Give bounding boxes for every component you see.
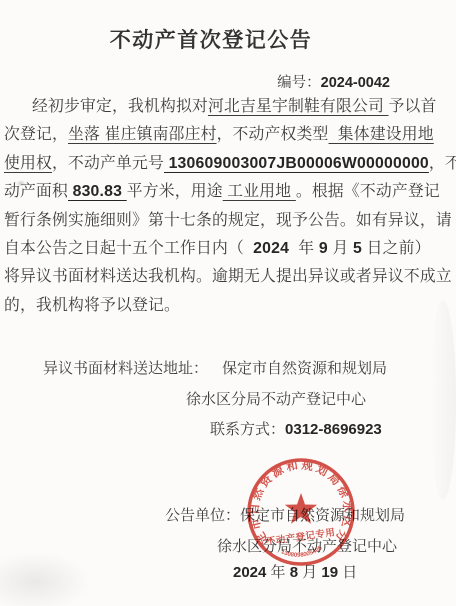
contact-phone-line: 联系方式：0312-8696923 [210,418,382,439]
text-segment: ，不动产单元号 [52,155,164,172]
deadline-year: 2024 [253,240,289,257]
seal-star-icon [285,493,317,524]
body-line-4: 动产面积 830.83 平方米，用途 工业用地 。根据《不动产登记 [4,178,452,206]
unit-number: 130609003007JB00006W00000000 [164,155,429,172]
text-segment: 动产面积 [4,183,68,200]
seal-serial-number: 1308098005405 [279,545,324,561]
body-line-5: 暂行条例实施细则》第十七条的规定，现予公告。如有异议，请 [4,207,452,235]
contact-phone-value: 0312-8696923 [285,421,382,438]
property-type: 集体建设用地 [329,126,434,143]
deadline-month: 9 [319,240,328,257]
text-segment: 暂行条例实施细则》第十七条的规定，现予公告。如有异议，请 [4,212,452,229]
scan-shadow [0,552,90,606]
body-line-7: 将异议书面材料送达我机构。逾期无人提出异议或者异议不成立 [4,263,452,291]
official-seal-graphic: 保定市自然资源和规划局徐水区分局 不动产登记专用 1308098005405 [245,456,357,568]
body-line-3: 使用权，不动产单元号 130609003007JB00006W00000000，… [4,150,452,178]
doc-number-label: 编号： [277,75,321,91]
objection-address-line: 异议书面材料送达地址：保定市自然资源和规划局 [43,357,387,378]
text-segment: 自本公告之日起十五个工作日内（ [4,240,253,257]
intro-text: 经初步审定，我机构拟对 [32,98,208,115]
area-value: 830.83 [68,183,127,200]
page-title: 不动产首次登记公告 [0,24,456,54]
text-segment: 。根据《不动产登记 [296,183,440,200]
text-segment: 年 [289,240,319,257]
doc-number-line: 编号：2024-0042 [277,71,390,92]
text-segment: 次登记， [4,126,68,143]
objection-address-value-2: 徐水区分局不动产登记中心 [186,388,366,409]
text-segment: ，不动产权类型 [217,126,329,143]
body-line-1: 经初步审定，我机构拟对河北吉星宇制鞋有限公司 予以首 [4,93,452,121]
text-segment: 予以首 [389,98,437,115]
property-location: 坐落 崔庄镇南邵庄村 [68,126,217,143]
announcement-document: 不动产首次登记公告 编号：2024-0042 经初步审定，我机构拟对河北吉星宇制… [0,0,456,606]
land-use: 工业用地 [223,183,296,200]
body-line-6: 自本公告之日起十五个工作日内（ 2024 年 9 月 5 日之前） [4,235,452,263]
issuing-unit-label: 公告单位： [165,507,240,524]
deadline-day: 5 [353,240,362,257]
contact-phone-label: 联系方式： [210,421,285,438]
owner-name: 河北吉星宇制鞋有限公司 [208,98,389,115]
body-line-2: 次登记，坐落 崔庄镇南邵庄村，不动产权类型 集体建设用地 [4,121,452,149]
doc-number-value: 2024-0042 [321,75,390,91]
objection-address-label: 异议书面材料送达地址： [43,360,208,377]
objection-address-value: 保定市自然资源和规划局 [222,360,387,377]
announcement-body: 经初步审定，我机构拟对河北吉星宇制鞋有限公司 予以首 次登记，坐落 崔庄镇南邵庄… [4,93,452,320]
body-line-8: 的，我机构将予以登记。 [4,292,452,320]
scan-edge-shade [430,300,456,500]
seal-center-text: 不动产登记专用 [265,526,336,548]
text-segment: 的，我机构将予以登记。 [4,297,180,314]
text-segment: 将异议书面材料送达我机构。逾期无人提出异议或者异议不成立 [4,268,452,285]
text-segment: 月 [328,240,353,257]
text-segment: 平方米，用途 [127,183,223,200]
property-type-cont: 使用权 [4,155,52,172]
official-seal: 保定市自然资源和规划局徐水区分局 不动产登记专用 1308098005405 [245,456,357,568]
text-segment: 日之前） [362,240,431,257]
text-segment: ，不 [429,155,456,172]
